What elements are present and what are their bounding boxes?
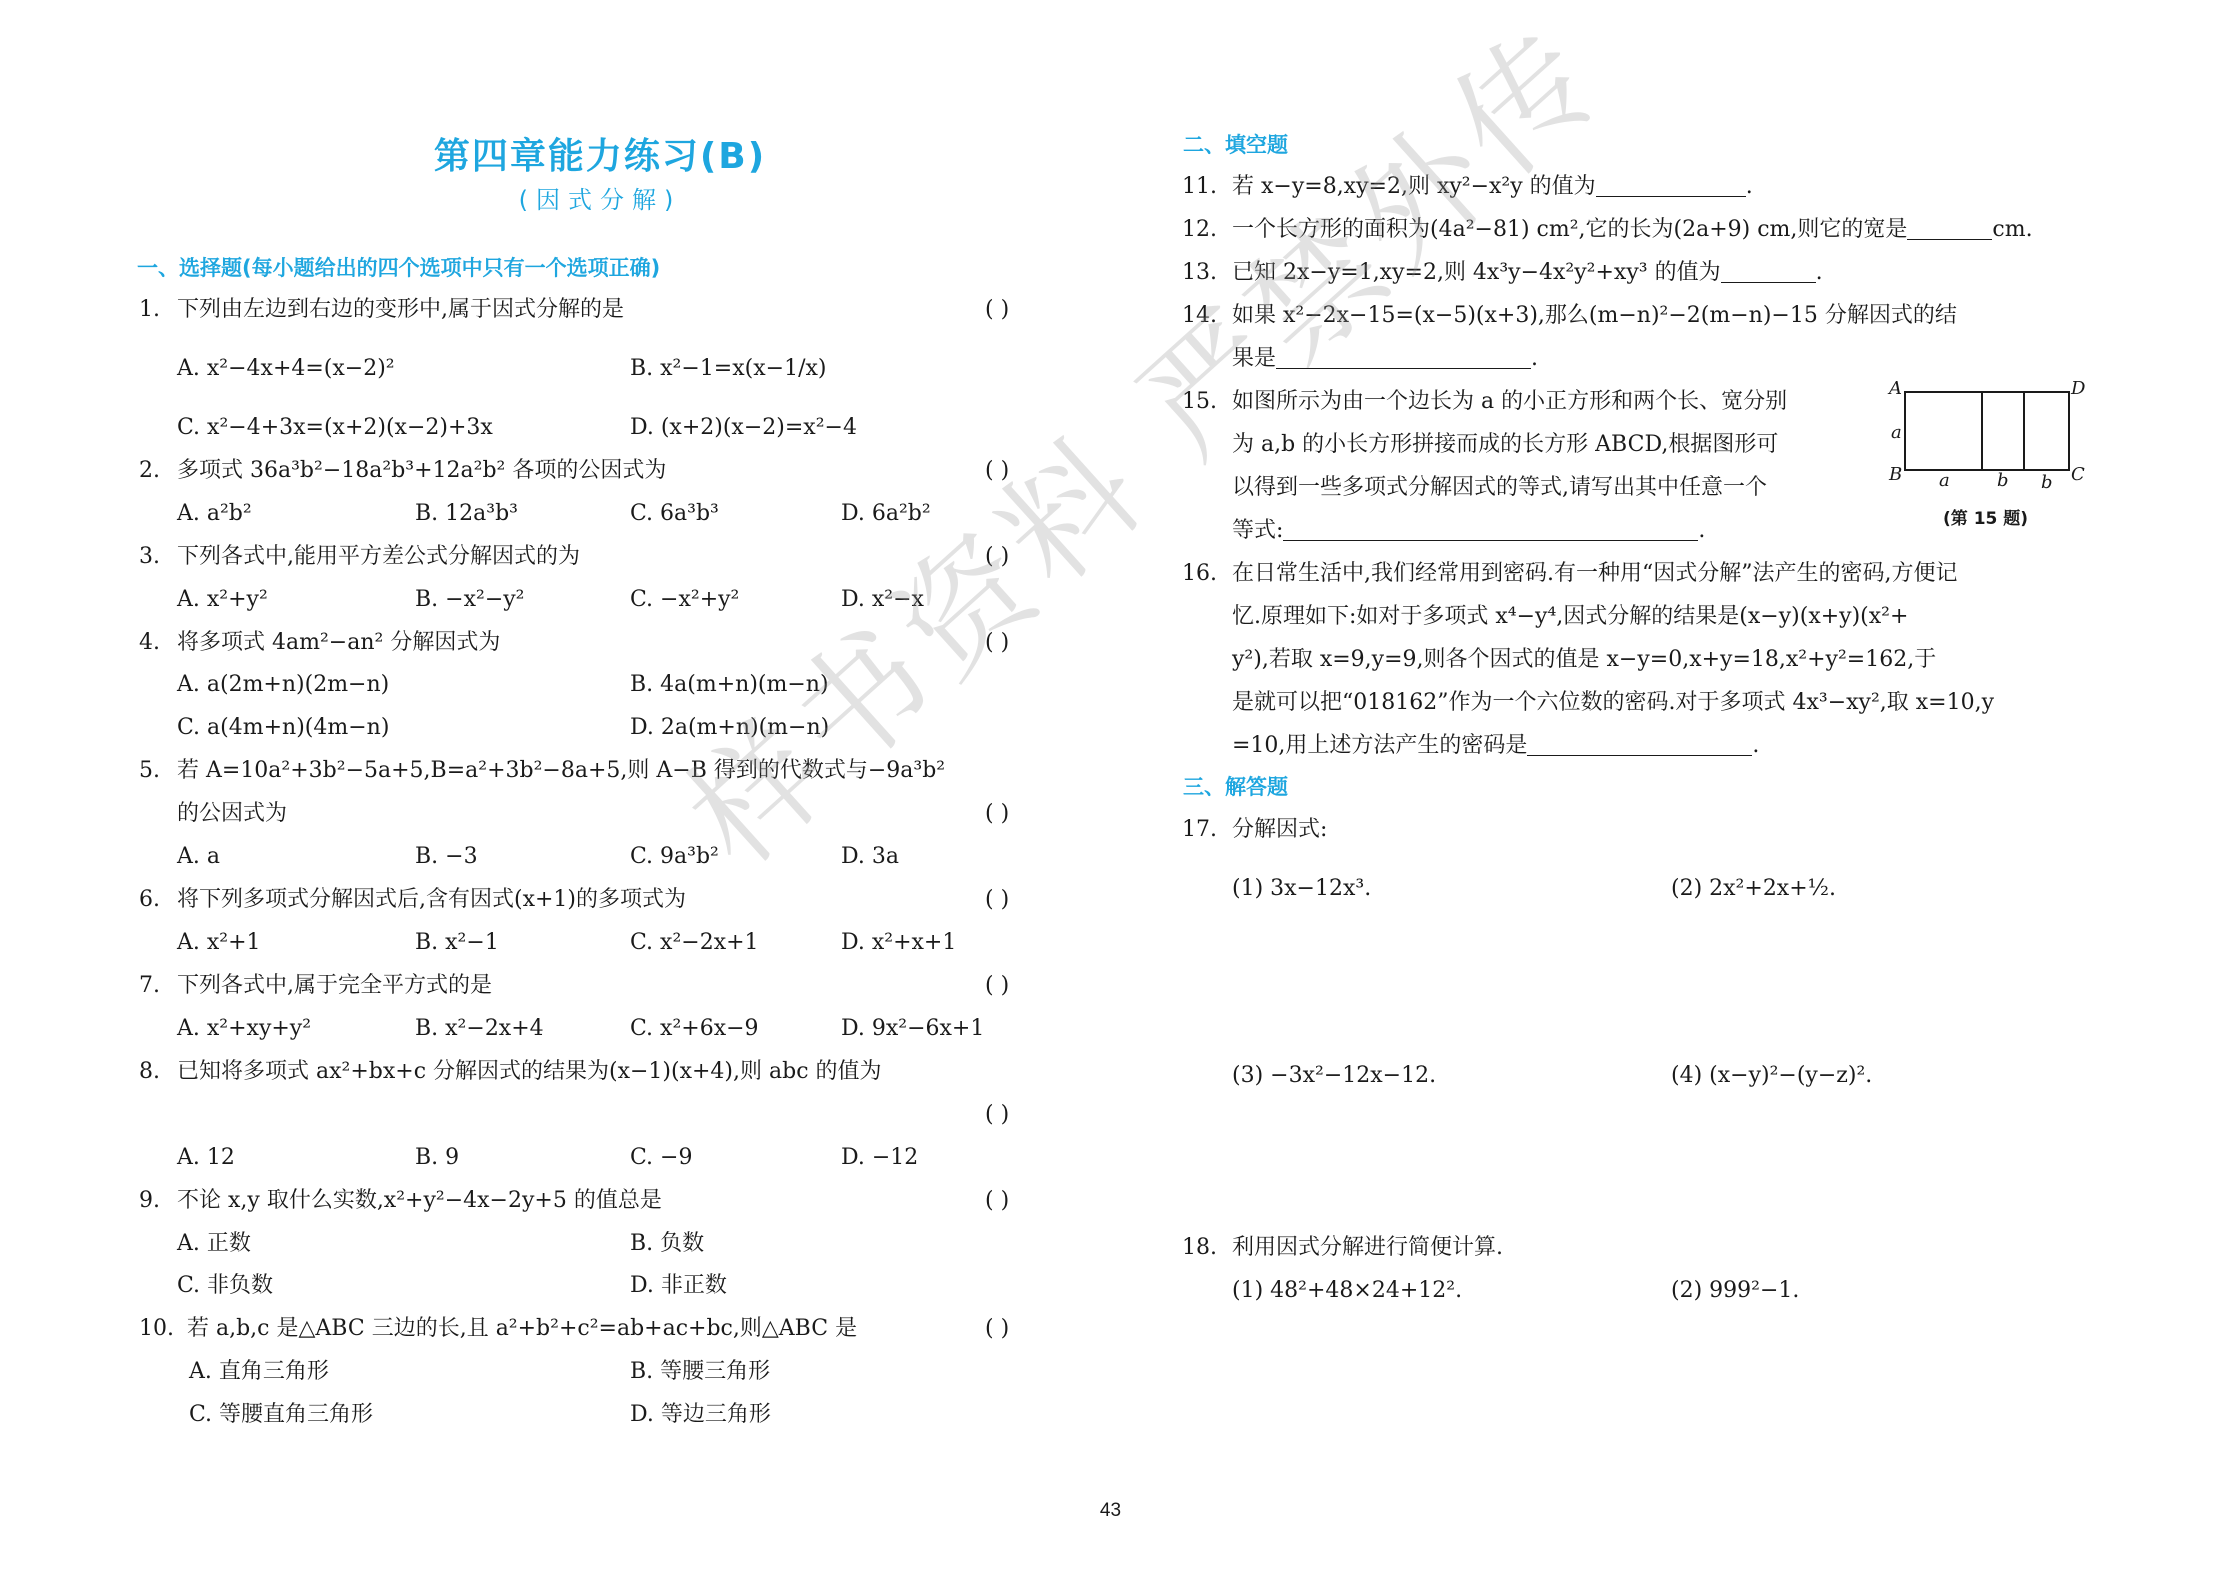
option-a[interactable]: A. x²+1 [177, 928, 261, 958]
option-a[interactable]: A. x²−4x+4=(x−2)² [177, 354, 395, 384]
question-number: 3. [139, 542, 179, 572]
question-stem-continued: 的公因式为 [177, 799, 287, 829]
corner-label-d: D [2071, 380, 2085, 398]
question-stem: 为 a,b 的小长方形拼接而成的长方形 ABCD,根据图形可 [1232, 430, 1778, 460]
question-stem: 分解因式: [1232, 815, 1327, 845]
question-number: 10. [139, 1314, 179, 1344]
question-stem: 若 x−y=8,xy=2,则 xy²−x²y 的值为 [1232, 174, 1596, 199]
question-stem: 若 A=10a²+3b²−5a+5,B=a²+3b²−8a+5,则 A−B 得到… [177, 756, 945, 786]
question-number: 2. [139, 456, 179, 486]
question-stem: 利用因式分解进行简便计算. [1232, 1233, 1503, 1263]
option-d[interactable]: D. 6a²b² [841, 499, 931, 529]
subquestion-3: (3) −3x²−12x−12. [1232, 1061, 1436, 1091]
option-c[interactable]: C. 9a³b² [630, 842, 719, 872]
option-c[interactable]: C. x²−2x+1 [630, 928, 759, 958]
option-b[interactable]: B. 4a(m+n)(m−n) [630, 670, 829, 700]
question-number: 9. [139, 1186, 179, 1216]
question-stem: 多项式 36a³b²−18a²b³+12a²b² 各项的公因式为 [177, 456, 666, 486]
answer-blank[interactable] [1596, 174, 1746, 197]
question-stem: 忆.原理如下:如对于多项式 x⁴−y⁴,因式分解的结果是(x−y)(x+y)(x… [1232, 602, 1908, 632]
answer-bracket[interactable]: ( ) [985, 885, 1009, 915]
question-stem: 将下列多项式分解因式后,含有因式(x+1)的多项式为 [177, 885, 686, 915]
option-a[interactable]: A. a [177, 842, 220, 872]
option-b[interactable]: B. −x²−y² [415, 585, 525, 615]
answer-bracket[interactable]: ( ) [985, 628, 1009, 658]
question-stem: 如果 x²−2x−15=(x−5)(x+3),那么(m−n)²−2(m−n)−1… [1232, 301, 1957, 331]
question-number: 4. [139, 628, 179, 658]
question-stem: 是就可以把“018162”作为一个六位数的密码.对于多项式 4x³−xy²,取 … [1232, 688, 1994, 718]
option-b[interactable]: B. 12a³b³ [415, 499, 518, 529]
side-label: a [1891, 424, 1902, 442]
option-c[interactable]: C. 6a³b³ [630, 499, 719, 529]
question-number: 12. [1182, 215, 1222, 245]
question-number: 16. [1182, 559, 1222, 589]
option-d[interactable]: D. −12 [841, 1143, 918, 1173]
subquestion-2: (2) 999²−1. [1671, 1276, 1799, 1306]
question-stem: 若 a,b,c 是△ABC 三边的长,且 a²+b²+c²=ab+ac+bc,则… [187, 1314, 857, 1344]
option-b[interactable]: B. x²−2x+4 [415, 1014, 544, 1044]
option-d[interactable]: D. (x+2)(x−2)=x²−4 [630, 413, 857, 443]
answer-bracket[interactable]: ( ) [985, 542, 1009, 572]
option-c[interactable]: C. 等腰直角三角形 [189, 1400, 373, 1430]
option-b[interactable]: B. x²−1 [415, 928, 499, 958]
page-number: 43 [0, 1500, 2221, 1522]
answer-bracket[interactable]: ( ) [985, 456, 1009, 486]
question-stem: y²),若取 x=9,y=9,则各个因式的值是 x−y=0,x+y=18,x²+… [1232, 645, 1936, 675]
question-stem: 如图所示为由一个边长为 a 的小正方形和两个长、宽分别 [1232, 387, 1787, 417]
question-stem: 已知 2x−y=1,xy=2,则 4x³y−4x²y²+xy³ 的值为 [1232, 260, 1721, 285]
section-heading-solve: 三、解答题 [1183, 772, 1288, 802]
answer-bracket[interactable]: ( ) [985, 295, 1009, 325]
question-number: 6. [139, 885, 179, 915]
answer-blank[interactable] [1721, 260, 1816, 283]
option-d[interactable]: D. 2a(m+n)(m−n) [630, 713, 829, 743]
option-d[interactable]: D. x²−x [841, 585, 924, 615]
option-d[interactable]: D. 9x²−6x+1 [841, 1014, 984, 1044]
answer-blank[interactable] [1276, 346, 1531, 369]
answer-bracket[interactable]: ( ) [985, 1186, 1009, 1216]
page-subtitle: (因式分解) [0, 180, 1200, 215]
question-16-line5: =10,用上述方法产生的密码是. [1232, 731, 1759, 761]
answer-bracket[interactable]: ( ) [985, 1314, 1009, 1344]
option-b[interactable]: B. 等腰三角形 [630, 1357, 770, 1387]
option-c[interactable]: C. −9 [630, 1143, 692, 1173]
question-12: 一个长方形的面积为(4a²−81) cm²,它的长为(2a+9) cm,则它的宽… [1232, 215, 2033, 245]
question-stem: 已知将多项式 ax²+bx+c 分解因式的结果为(x−1)(x+4),则 abc… [177, 1057, 882, 1087]
corner-label-b: B [1889, 466, 1902, 484]
subquestion-2: (2) 2x²+2x+½. [1671, 874, 1836, 904]
question-11: 若 x−y=8,xy=2,则 xy²−x²y 的值为. [1232, 172, 1753, 202]
bottom-label: b [1997, 472, 2009, 490]
corner-label-a: A [1889, 380, 1902, 398]
subquestion-1: (1) 48²+48×24+12². [1232, 1276, 1462, 1306]
question-15-line4: 等式:. [1232, 516, 1705, 546]
option-c[interactable]: C. x²−4+3x=(x+2)(x−2)+3x [177, 413, 493, 443]
option-a[interactable]: A. x²+y² [177, 585, 268, 615]
page-title: 第四章能力练习(B) [0, 128, 1200, 179]
section-heading-fill-blank: 二、填空题 [1183, 130, 1288, 160]
option-a[interactable]: A. a(2m+n)(2m−n) [177, 670, 389, 700]
question-stem: 以得到一些多项式分解因式的等式,请写出其中任意一个 [1232, 473, 1767, 503]
option-d[interactable]: D. 非正数 [630, 1271, 727, 1301]
corner-label-c: C [2071, 466, 2085, 484]
option-a[interactable]: A. 直角三角形 [189, 1357, 329, 1387]
question-number: 1. [139, 295, 179, 325]
question-stem: 下列各式中,能用平方差公式分解因式的为 [177, 542, 580, 572]
option-a[interactable]: A. a²b² [177, 499, 252, 529]
answer-blank[interactable] [1527, 733, 1752, 756]
option-b[interactable]: B. −3 [415, 842, 478, 872]
option-a[interactable]: A. 12 [177, 1143, 235, 1173]
option-c[interactable]: C. 非负数 [177, 1271, 273, 1301]
option-d[interactable]: D. 3a [841, 842, 899, 872]
divider-line [2023, 391, 2025, 469]
option-d[interactable]: D. 等边三角形 [630, 1400, 771, 1430]
answer-bracket[interactable]: ( ) [985, 971, 1009, 1001]
option-a[interactable]: A. 正数 [177, 1229, 251, 1259]
question-number: 8. [139, 1057, 179, 1087]
answer-blank[interactable] [1907, 217, 1992, 240]
option-d[interactable]: D. x²+x+1 [841, 928, 956, 958]
question-stem: 在日常生活中,我们经常用到密码.有一种用“因式分解”法产生的密码,方便记 [1232, 559, 1957, 589]
option-a[interactable]: A. x²+xy+y² [177, 1014, 311, 1044]
divider-line [1981, 391, 1983, 469]
question-13: 已知 2x−y=1,xy=2,则 4x³y−4x²y²+xy³ 的值为. [1232, 258, 1823, 288]
question-stem: 不论 x,y 取什么实数,x²+y²−4x−2y+5 的值总是 [177, 1186, 662, 1216]
answer-blank[interactable] [1283, 518, 1698, 541]
figure-rectangle-abcd: A D B C a a b b (第 15 题) [1895, 380, 2125, 530]
worksheet-page: 第四章能力练习(B) (因式分解) 一、选择题(每小题给出的四个选项中只有一个选… [0, 0, 2221, 1571]
section-heading-choice: 一、选择题(每小题给出的四个选项中只有一个选项正确) [137, 253, 660, 283]
option-b[interactable]: B. 负数 [630, 1229, 704, 1259]
option-c[interactable]: C. −x²+y² [630, 585, 739, 615]
option-c[interactable]: C. x²+6x−9 [630, 1014, 759, 1044]
option-b[interactable]: B. 9 [415, 1143, 459, 1173]
question-number: 7. [139, 971, 179, 1001]
figure-caption: (第 15 题) [1943, 504, 2028, 529]
question-number: 18. [1182, 1233, 1222, 1263]
rectangle-outline [1904, 391, 2070, 471]
option-b[interactable]: B. x²−1=x(x−1/x) [630, 354, 826, 384]
question-stem: 下列由左边到右边的变形中,属于因式分解的是 [177, 295, 624, 325]
bottom-label: a [1939, 472, 1950, 490]
question-number: 17. [1182, 815, 1222, 845]
question-stem: 下列各式中,属于完全平方式的是 [177, 971, 492, 1001]
question-stem: 将多项式 4am²−an² 分解因式为 [177, 628, 500, 658]
option-c[interactable]: C. a(4m+n)(4m−n) [177, 713, 389, 743]
question-number: 5. [139, 756, 179, 786]
subquestion-4: (4) (x−y)²−(y−z)². [1671, 1061, 1872, 1091]
question-number: 13. [1182, 258, 1222, 288]
question-number: 11. [1182, 172, 1222, 202]
subquestion-1: (1) 3x−12x³. [1232, 874, 1371, 904]
answer-bracket[interactable]: ( ) [985, 799, 1009, 829]
question-number: 14. [1182, 301, 1222, 331]
answer-bracket[interactable]: ( ) [985, 1100, 1009, 1130]
question-stem: 一个长方形的面积为(4a²−81) cm²,它的长为(2a+9) cm,则它的宽… [1232, 217, 1907, 242]
question-14-line2: 果是. [1232, 344, 1538, 374]
question-number: 15. [1182, 387, 1222, 417]
bottom-label: b [2041, 474, 2053, 492]
